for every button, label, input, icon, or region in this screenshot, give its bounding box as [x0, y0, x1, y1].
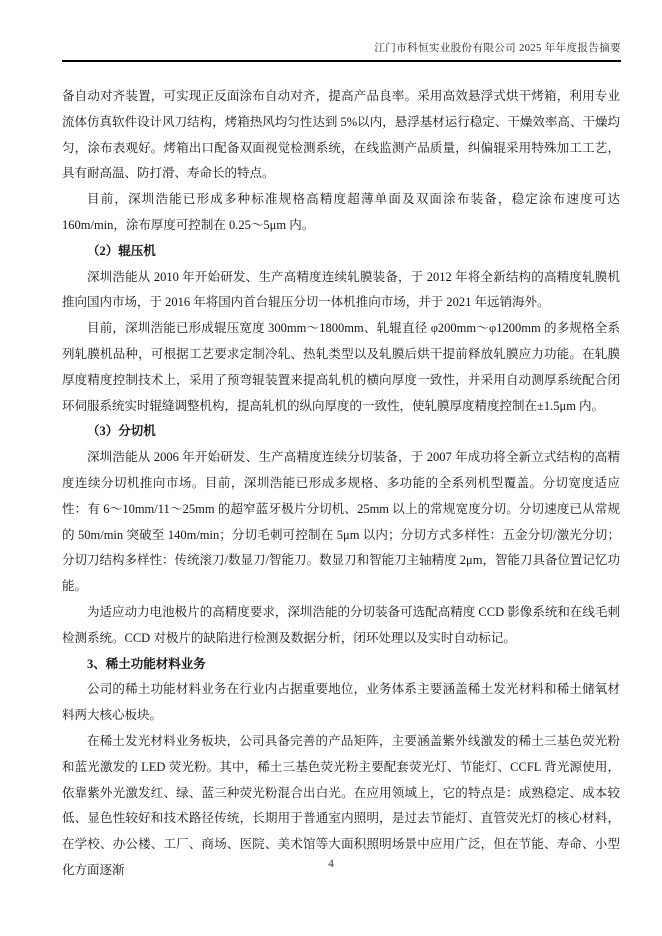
body-paragraph: 为适应动力电池极片的高精度要求，深圳浩能的分切装备可选配高精度 CCD 影像系统…: [62, 600, 620, 652]
body-paragraph: 深圳浩能从 2006 年开始研发、生产高精度连续分切装备，于 2007 年成功将…: [62, 445, 620, 600]
body-paragraph: 深圳浩能从 2010 年开始研发、生产高精度连续轧膜装备，于 2012 年将全新…: [62, 265, 620, 317]
body-paragraph: 目前，深圳浩能已形成辊压宽度 300mm～1800mm、轧辊直径 φ200mm～…: [62, 316, 620, 419]
document-body: 备自动对齐装置，可实现正反面涂布自动对齐，提高产品良率。采用高效悬浮式烘干烤箱，…: [62, 84, 620, 884]
section-heading: （3）分切机: [62, 419, 620, 445]
page-number: 4: [0, 858, 662, 870]
body-paragraph: 公司的稀土功能材料业务在行业内占据重要地位，业务体系主要涵盖稀土发光材料和稀土储…: [62, 677, 620, 729]
body-paragraph: 目前，深圳浩能已形成多种标准规格高精度超薄单面及双面涂布装备，稳定涂布速度可达 …: [62, 187, 620, 239]
section-heading: 3、稀土功能材料业务: [62, 652, 620, 678]
section-heading: （2）辊压机: [62, 239, 620, 265]
page-header-title: 江门市科恒实业股份有限公司 2025 年年度报告摘要: [62, 42, 621, 62]
report-page: 江门市科恒实业股份有限公司 2025 年年度报告摘要 备自动对齐装置，可实现正反…: [0, 0, 662, 936]
body-paragraph: 备自动对齐装置，可实现正反面涂布自动对齐，提高产品良率。采用高效悬浮式烘干烤箱，…: [62, 84, 620, 187]
